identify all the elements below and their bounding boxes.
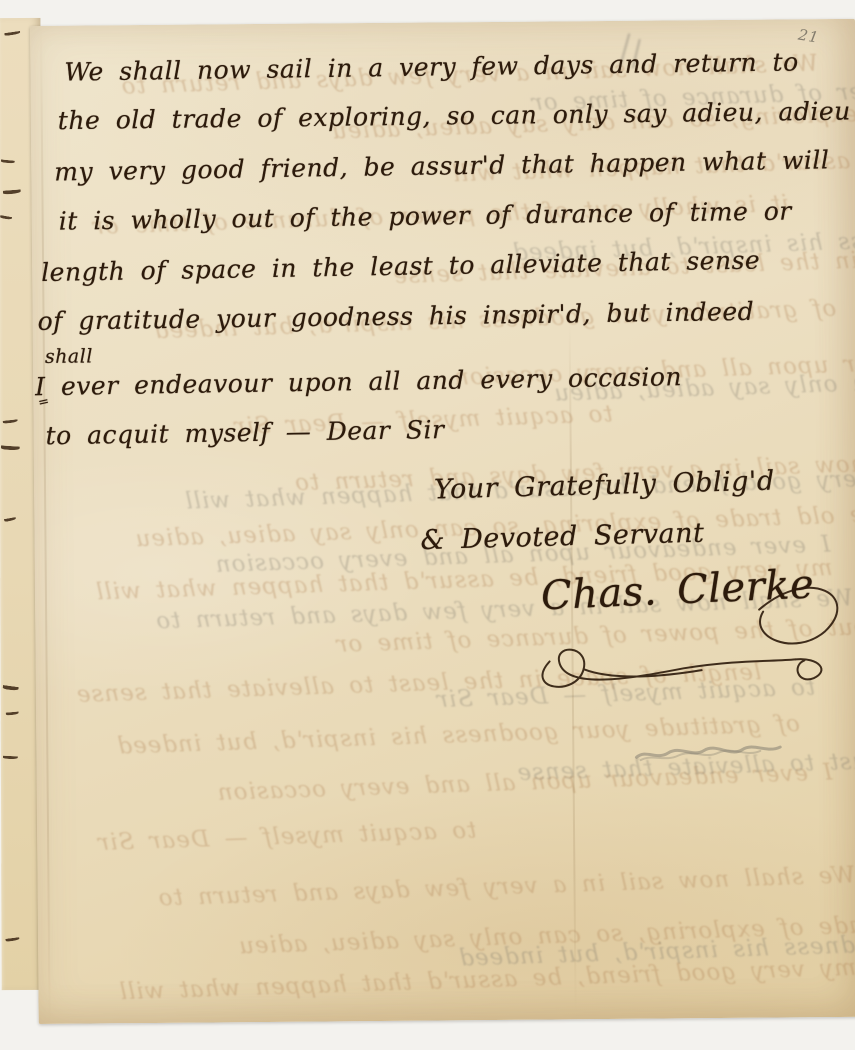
letter-line: of gratitude your goodness his inspir'd,… <box>37 297 754 336</box>
page-number: 21 <box>797 26 821 47</box>
letter-line: it is wholly out of the power of durance… <box>59 196 792 235</box>
valediction-line: Your Gratefully Oblig'd <box>434 466 775 506</box>
prev-page-ink-fragment <box>2 685 18 691</box>
prev-page-ink-fragment <box>1 159 15 163</box>
prev-page-ink-fragment <box>3 189 21 194</box>
letter-line: the old trade of exploring, so can only … <box>58 96 851 135</box>
prev-page-ink-fragment <box>4 31 20 36</box>
letter-page: We shall now sail in a very few days and… <box>30 19 855 1024</box>
signature-flourish <box>523 575 855 698</box>
prev-page-ink-fragment <box>4 517 16 522</box>
bleedthrough-line: to acquit myself — Dear Sir <box>97 818 477 857</box>
interlinear-insertion: shall <box>45 345 93 367</box>
bleedthrough-line: my very good friend, be assur'd that hap… <box>118 955 855 1005</box>
bleedthrough-line: the old trade of exploring, so can only … <box>238 908 855 959</box>
letter-line: I ever endeavour upon all and every occa… <box>35 362 682 401</box>
prev-page-ink-fragment <box>0 215 12 220</box>
prev-page-ink-fragment <box>6 711 19 715</box>
letter-line: my very good friend, be assur'd that hap… <box>54 145 830 186</box>
bleedthrough-line: of gratitude your goodness his inspir'd,… <box>458 923 855 972</box>
prev-page-ink-fragment <box>3 756 18 760</box>
scanned-letter: We shall now sail in a very few days and… <box>0 0 855 1050</box>
letter-line: We shall now sail in a very few days and… <box>64 47 799 86</box>
prev-page-ink-fragment <box>5 937 19 942</box>
pencil-scribble <box>634 739 787 768</box>
letter-line: length of space in the least to alleviat… <box>41 246 761 288</box>
valediction-line: & Devoted Servant <box>420 518 705 556</box>
fold-crease <box>40 26 51 1024</box>
letter-line: to acquit myself — Dear Sir <box>45 415 444 450</box>
prev-page-ink-fragment <box>1 445 20 450</box>
bleedthrough-line: We shall now sail in a very few days and… <box>157 862 855 911</box>
prev-page-ink-fragment <box>3 419 18 424</box>
bleedthrough-line: I ever endeavour upon all and every occa… <box>216 760 832 806</box>
ink-bleedthrough: We shall now sail in a very few days and… <box>30 19 855 26</box>
